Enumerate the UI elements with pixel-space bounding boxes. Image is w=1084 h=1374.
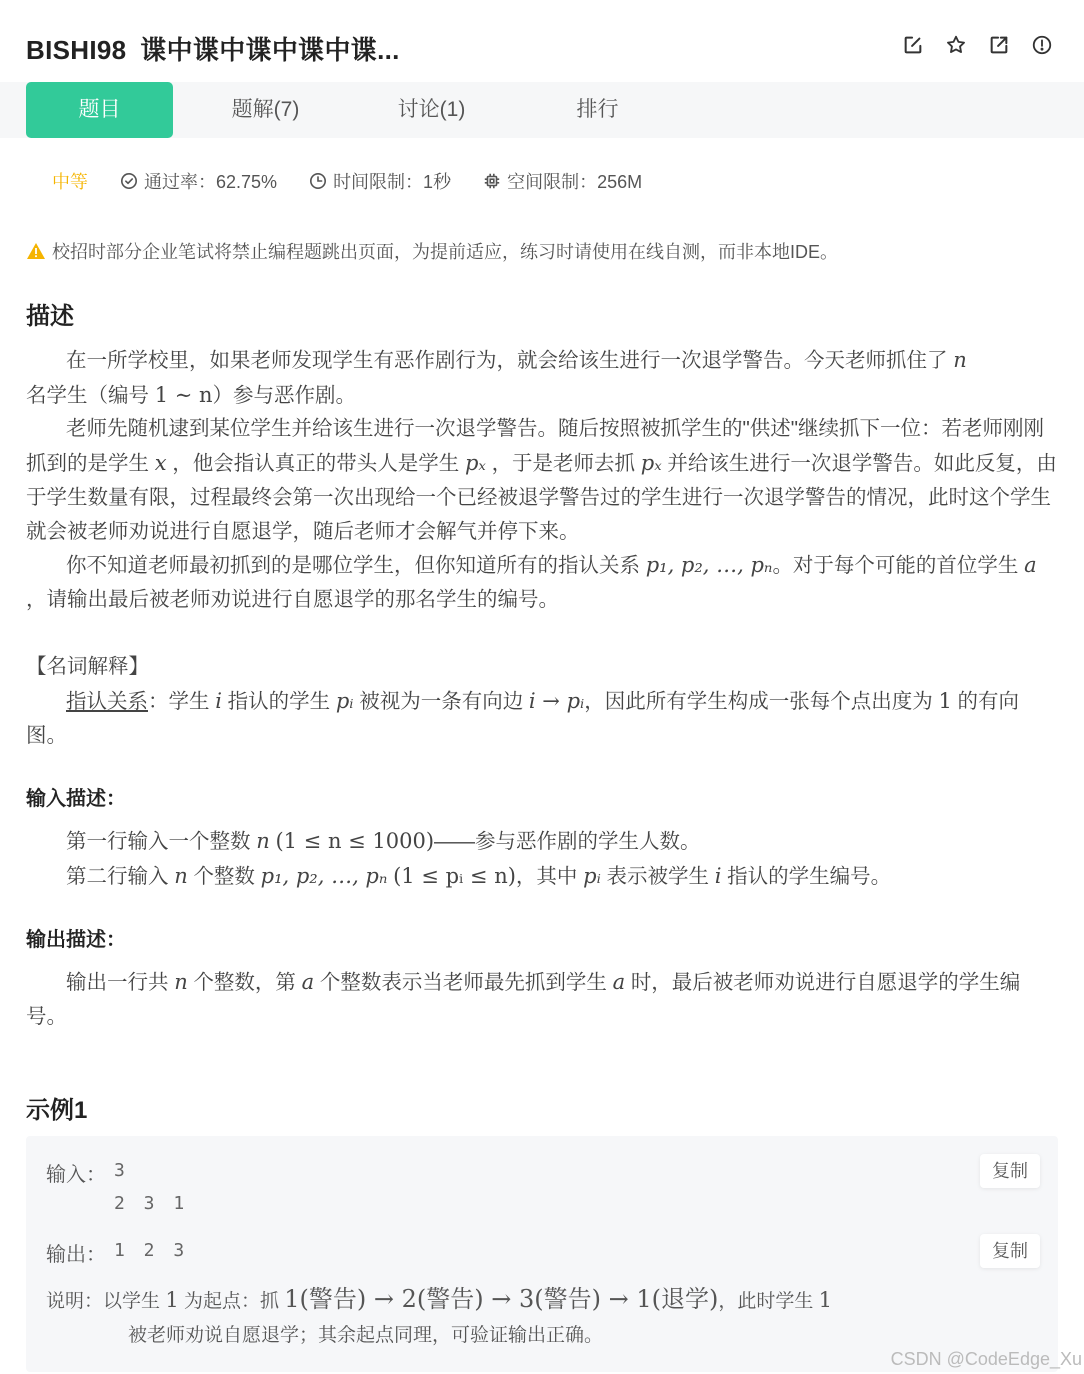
text: ，请输出最后被老师劝说进行自愿退学的那名学生的编号。 (26, 588, 559, 611)
example-input-line-1: 3 (114, 1160, 129, 1181)
text: ，于是老师去抓 (492, 452, 636, 475)
text: 指认的学生编号。 (727, 865, 891, 888)
text: 被老师劝说自愿退学；其余起点同理，可验证输出正确。 (46, 1319, 1046, 1353)
text: 个整数，第 (193, 971, 296, 994)
memory-limit: 空间限制：256M (483, 168, 642, 194)
math-pi-bound: (1 ≤ pᵢ ≤ n) (393, 864, 516, 888)
text: ，此时学生 (718, 1291, 813, 1312)
math-px: pₓ (465, 451, 486, 475)
check-circle-icon (120, 172, 138, 190)
output-heading: 输出描述： (26, 923, 126, 952)
text: ——参与恶作剧的学生人数。 (434, 830, 701, 853)
input-description: 第一行输入一个整数 n (1 ≤ n ≤ 1000)——参与恶作剧的学生人数。 … (26, 824, 1058, 894)
glossary-term: 指认关系 (66, 690, 148, 713)
time-limit: 时间限制：1秒 (309, 168, 451, 194)
example-explanation: 说明：以学生 1 为起点：抓 1(警告) → 2(警告) → 3(警告) → 1… (46, 1282, 1046, 1353)
math-n: n (256, 829, 270, 853)
text: 第二行输入 (66, 865, 169, 888)
tab-solutions[interactable]: 题解(7) (192, 82, 339, 138)
math-one: 1 (819, 1288, 832, 1312)
problem-meta: 中等 通过率：62.75% 时间限制：1秒 空间限制：256M (52, 168, 674, 194)
report-icon[interactable] (1030, 33, 1054, 57)
math-i: i (715, 864, 722, 888)
math-n: n (953, 348, 967, 372)
example-box: 输入： 3 2 3 1 复制 输出： 1 2 3 复制 说明：以学生 1 为起点… (26, 1136, 1058, 1372)
tab-problem[interactable]: 题目 (26, 82, 173, 138)
tab-ranking[interactable]: 排行 (524, 82, 671, 138)
text: 被视为一条有向边 (359, 690, 523, 713)
time-limit-text: 时间限制：1秒 (333, 168, 451, 194)
output-description: 输出一行共 n 个整数，第 a 个整数表示当老师最先抓到学生 a 时，最后被老师… (26, 965, 1058, 1034)
math-a: a (613, 970, 626, 994)
math-edge: i → pᵢ (529, 689, 584, 713)
problem-id: BISHI98 (26, 35, 126, 65)
text: ，因此所有学生构成一张每个点出度为 (584, 690, 933, 713)
tab-discussion[interactable]: 讨论(1) (358, 82, 505, 138)
problem-name: 谍中谍中谍中谍中谍... (140, 35, 399, 65)
chip-icon (483, 172, 501, 190)
math-a: a (1024, 553, 1037, 577)
math-n-bound: (1 ≤ n ≤ 1000) (275, 829, 434, 853)
explain-label: 说明： (46, 1291, 103, 1312)
memory-limit-text: 空间限制：256M (507, 168, 642, 194)
difficulty-badge: 中等 (52, 168, 88, 194)
clock-icon (309, 172, 327, 190)
notice-banner: 校招时部分企业笔试将禁止编程题跳出页面，为提前适应，练习时请使用在线自测，而非本… (26, 238, 838, 264)
text: 输出一行共 (66, 971, 169, 994)
copy-output-button[interactable]: 复制 (980, 1234, 1040, 1268)
math-plist: p₁, p₂, …, pₙ (261, 864, 388, 888)
text: 个整数表示当老师最先抓到学生 (320, 971, 607, 994)
glossary-title: 【名词解释】 (26, 655, 149, 678)
text: 。对于每个可能的首位学生 (772, 554, 1018, 577)
example-output-label: 输出： (46, 1238, 106, 1267)
math-range: 1 ∼ n (155, 383, 213, 407)
pass-rate: 通过率：62.75% (120, 168, 277, 194)
text: ，他会指认真正的带头人是学生 (172, 452, 459, 475)
math-plist: p₁, p₂, …, pₙ (646, 553, 773, 577)
problem-title: BISHI98谍中谍中谍中谍中谍... (26, 30, 400, 67)
math-pi: pᵢ (336, 689, 354, 713)
example-input-label: 输入： (46, 1158, 106, 1187)
share-icon[interactable] (987, 33, 1011, 57)
description-paragraph-3: 你不知道老师最初抓到的是哪位学生，但你知道所有的指认关系 p₁, p₂, …, … (26, 548, 1058, 617)
copy-input-button[interactable]: 复制 (980, 1154, 1040, 1188)
text: 指认的学生 (228, 690, 331, 713)
math-one: 1 (165, 1288, 178, 1312)
example-heading: 示例1 (26, 1090, 87, 1125)
math-x: x (155, 451, 167, 475)
math-a: a (302, 970, 315, 994)
description-paragraph-2: 老师先随机逮到某位学生并给该生进行一次退学警告。随后按照被抓学生的"供述"继续抓… (26, 412, 1058, 549)
math-one: 1 (938, 689, 951, 713)
problem-tabs: 题目 题解(7) 讨论(1) 排行 (0, 82, 1084, 138)
text: 第一行输入一个整数 (66, 830, 251, 853)
math-i: i (215, 689, 222, 713)
text: ：学生 (148, 690, 210, 713)
text: ）参与恶作剧。 (213, 384, 357, 407)
description-paragraph-1: 在一所学校里，如果老师发现学生有恶作剧行为，就会给该生进行一次退学警告。今天老师… (26, 343, 1058, 413)
text: ，其中 (516, 865, 578, 888)
watermark: CSDN @CodeEdge_Xu (891, 1349, 1082, 1370)
math-n: n (174, 864, 188, 888)
glossary: 【名词解释】 指认关系：学生 i 指认的学生 pᵢ 被视为一条有向边 i → p… (26, 650, 1058, 753)
problem-header: BISHI98谍中谍中谍中谍中谍... (0, 0, 1084, 82)
math-n: n (174, 970, 188, 994)
math-px: pₓ (641, 451, 662, 475)
input-heading: 输入描述： (26, 782, 126, 811)
text: 在一所学校里，如果老师发现学生有恶作剧行为，就会给该生进行一次退学警告。今天老师… (66, 349, 948, 372)
header-actions (901, 33, 1054, 57)
math-pi: pᵢ (583, 864, 601, 888)
text: 名学生（编号 (26, 384, 149, 407)
star-icon[interactable] (944, 33, 968, 57)
text: 你不知道老师最初抓到的是哪位学生，但你知道所有的指认关系 (66, 554, 640, 577)
description-heading: 描述 (26, 296, 74, 331)
text: 表示被学生 (607, 865, 710, 888)
warning-icon (26, 242, 46, 260)
explain-chain: 1(警告) → 2(警告) → 3(警告) → 1(退学) (284, 1285, 718, 1313)
example-output-value: 1 2 3 (114, 1240, 188, 1261)
text: 为起点：抓 (184, 1291, 279, 1312)
pass-rate-text: 通过率：62.75% (144, 168, 277, 194)
text: 个整数 (193, 865, 255, 888)
text: 以学生 (103, 1291, 160, 1312)
example-input-line-2: 2 3 1 (114, 1193, 188, 1214)
notice-text: 校招时部分企业笔试将禁止编程题跳出页面，为提前适应，练习时请使用在线自测，而非本… (52, 238, 838, 264)
edit-icon[interactable] (901, 33, 925, 57)
